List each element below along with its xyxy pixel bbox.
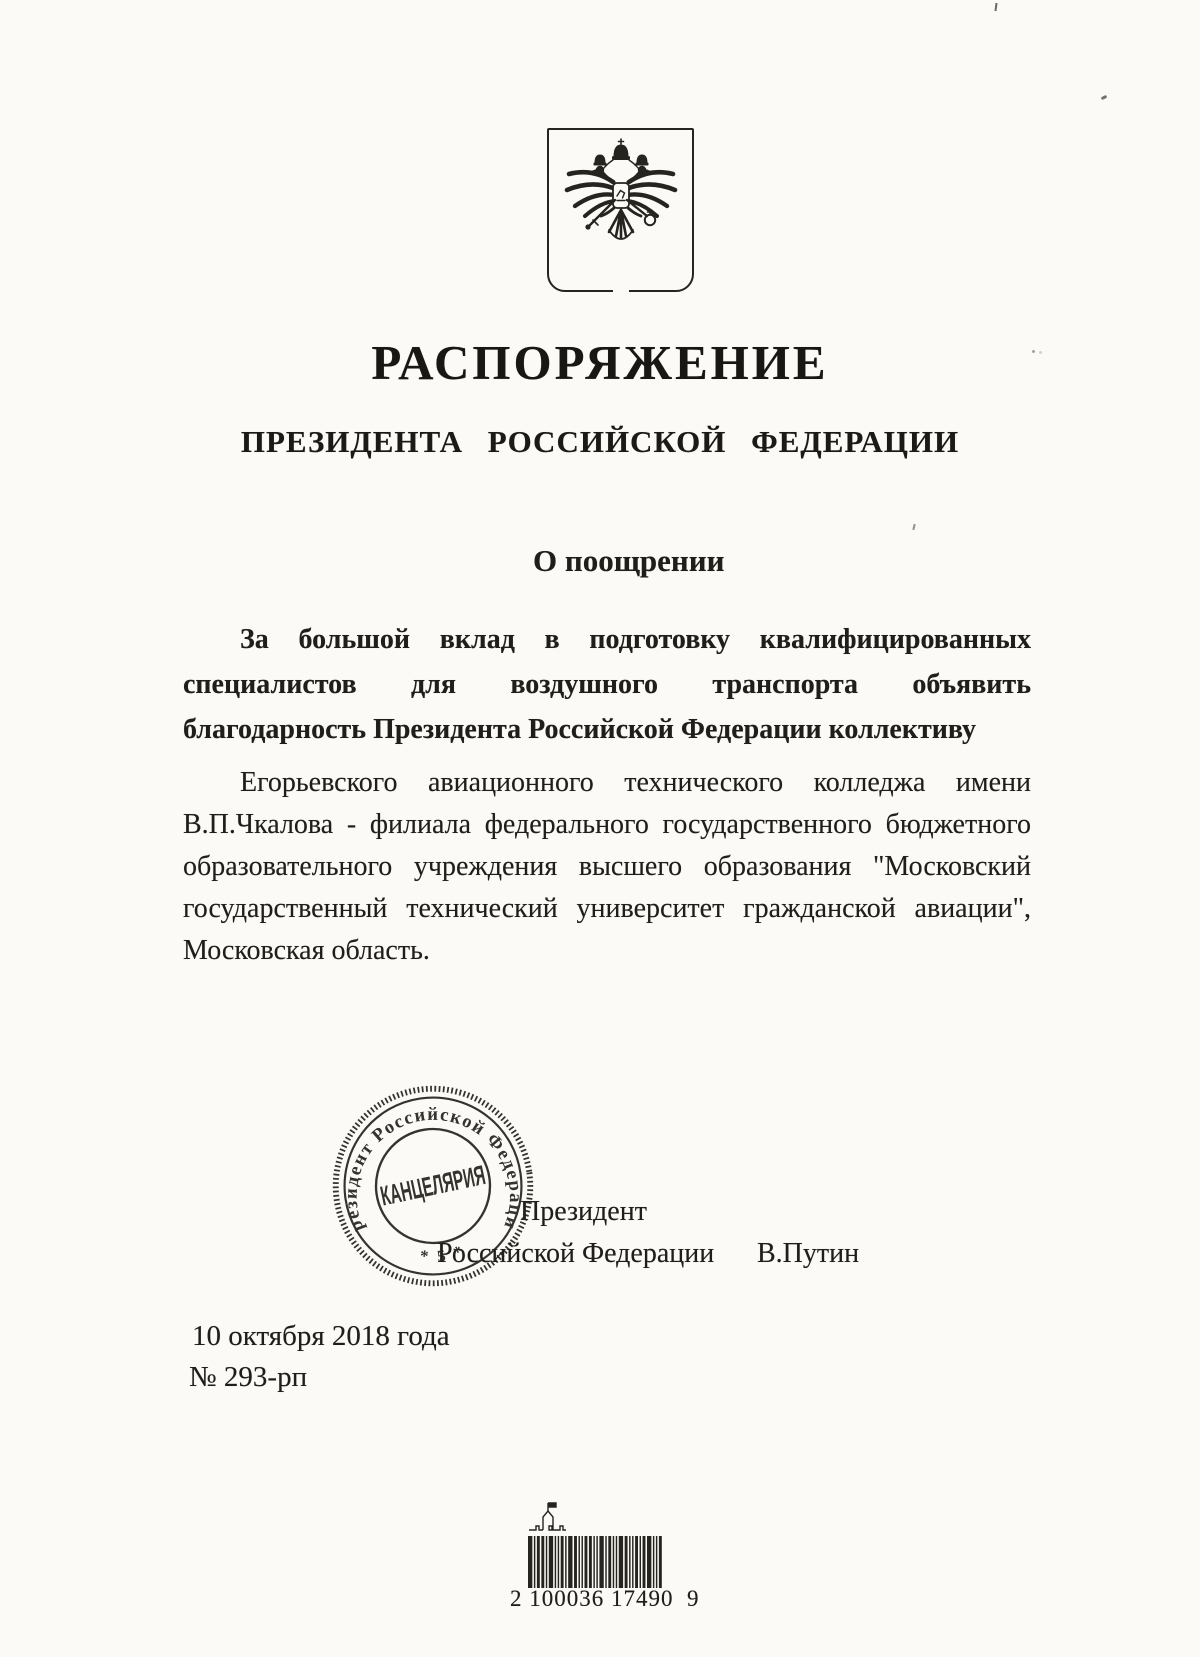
document-subject: О поощрении [533, 543, 724, 579]
scan-artifact [912, 524, 915, 530]
document-number: № 293-рп [189, 1361, 307, 1394]
document-subtitle: ПРЕЗИДЕНТА РОССИЙСКОЙ ФЕДЕРАЦИИ [0, 424, 1200, 460]
stamp-center-text: КАНЦЕЛЯРИЯ [378, 1159, 488, 1211]
barcode [528, 1536, 662, 1588]
svg-text:* 5 *: * 5 * [417, 1240, 469, 1269]
paragraph-line: Егорьевского авиационного технического к… [183, 762, 1031, 804]
scanned-decree-document: РАСПОРЯЖЕНИЕ ПРЕЗИДЕНТА РОССИЙСКОЙ ФЕДЕР… [0, 0, 1200, 1657]
scan-artifact [1032, 350, 1035, 353]
scan-artifact [1101, 95, 1108, 100]
stamp-bottom-text: * 5 * [417, 1240, 469, 1269]
paragraph-line: За большой вклад в подготовку квалифицир… [183, 617, 1031, 662]
kremlin-icon [527, 1497, 569, 1533]
document-date: 10 октября 2018 года [192, 1320, 450, 1353]
paragraph-line: Московская область. [183, 930, 1031, 972]
paragraph-line: специалистов для воздушного транспорта о… [183, 662, 1031, 707]
paragraph-commendation: За большой вклад в подготовку квалифицир… [183, 617, 1031, 752]
document-title: РАСПОРЯЖЕНИЕ [0, 334, 1200, 391]
barcode-number: 2 100036 17490 9 [510, 1586, 686, 1612]
emblem-frame [547, 128, 694, 292]
paragraph-line: В.П.Чкалова - филиала федерального госуд… [183, 804, 1031, 846]
russian-coat-of-arms-icon [559, 136, 683, 282]
paragraph-recipient: Егорьевского авиационного технического к… [183, 762, 1031, 972]
scan-artifact [994, 3, 997, 11]
chancellery-stamp: Президент Российской Федерации * 5 * КАН… [320, 1073, 546, 1299]
frame-bottom-gap [613, 287, 629, 294]
paragraph-line: образовательного учреждения высшего обра… [183, 846, 1031, 888]
paragraph-line: благодарность Президента Российской Феде… [183, 707, 1031, 752]
paragraph-line: государственный технический университет … [183, 888, 1031, 930]
signature-name: В.Путин [757, 1238, 859, 1270]
